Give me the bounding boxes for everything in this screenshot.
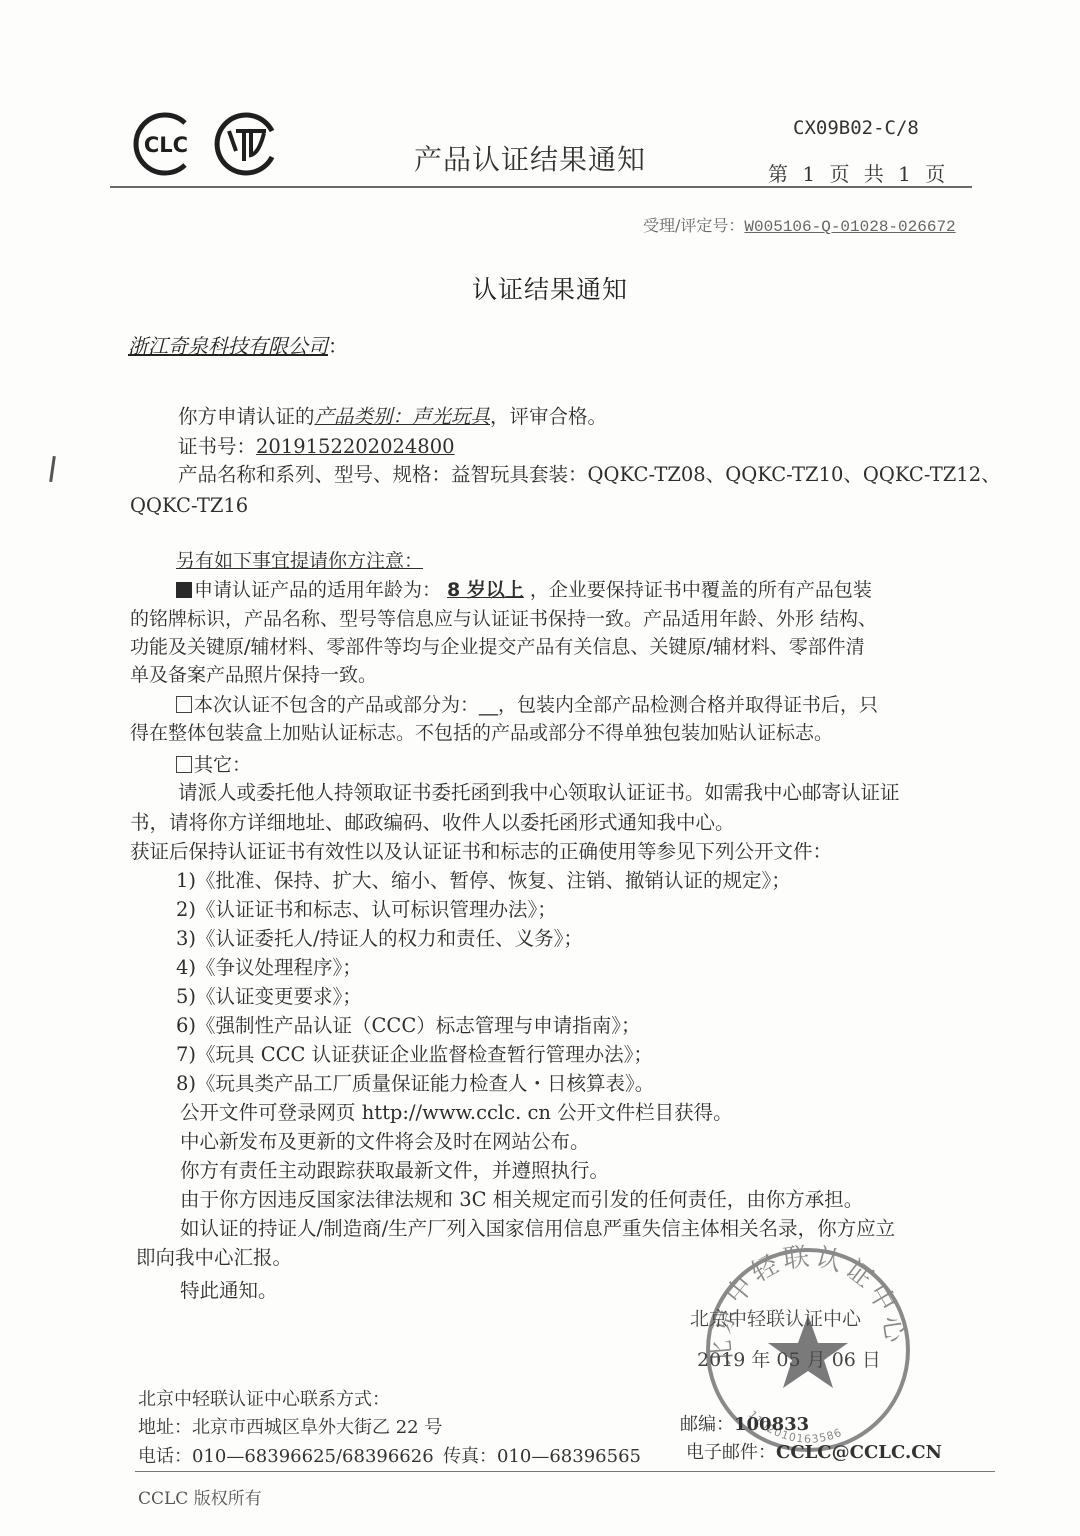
result-suffix: ，评审合格。 [490, 405, 607, 428]
product-line: 产品名称和系列、型号、规格：益智玩具套装：QQKC-TZ08、QQKC-TZ10… [178, 462, 1001, 488]
responsibility-line: 你方有责任主动跟踪获取最新文件，并遵照执行。 [180, 1158, 609, 1184]
phone-value: 010—68396625/68396626 [192, 1446, 434, 1467]
recipient: 浙江奇泉科技有限公司： [128, 330, 348, 359]
pickup-line: 请派人或委托他人持领取证书委托函到我中心领取认证证书。如需我中心邮寄认证证 [178, 780, 900, 806]
note-item-other: 其它： [176, 752, 251, 778]
document-item: 8)《玩具类产品工厂质量保证能力检查人・日核算表》。 [176, 1071, 654, 1097]
form-code: CX09B02-C/8 [793, 117, 919, 139]
note-line: 的铭牌标识，产品名称、型号等信息应与认证证书保持一致。产品适用年龄、外形 结构、 [130, 606, 877, 632]
cert-label: 证书号： [178, 435, 256, 458]
copyright: CCLC 版权所有 [138, 1484, 262, 1509]
clc-logo-icon: CLC [133, 111, 199, 177]
applicable-age: 8 岁以上 [441, 579, 530, 601]
document-item: 2)《认证证书和标志、认可标识管理办法》； [176, 897, 557, 923]
reference-label: 受理/评定号： [643, 216, 744, 235]
notice-title: 认证结果通知 [472, 270, 628, 306]
pickup-line: 书，请将你方详细地址、邮政编码、收件人以委托函形式通知我中心。 [130, 810, 735, 836]
document-item: 3)《认证委托人/持证人的权力和责任、义务》； [176, 926, 583, 952]
closing-line: 特此通知。 [180, 1278, 278, 1304]
liability-line: 由于你方因违反国家法律法规和 3C 相关规定而引发的任何责任，由你方承担。 [180, 1187, 863, 1213]
address-line: 地址：北京市西城区阜外大街乙 22 号 [138, 1413, 442, 1439]
email-value[interactable]: CCLC@CCLC.CN [776, 1442, 942, 1463]
reference-value: W005106-Q-01028-026672 [744, 218, 955, 236]
note-line: 得在整体包装盒上加贴认证标志。不包括的产品或部分不得单独包装加贴认证标志。 [130, 720, 833, 746]
result-prefix: 你方申请认证的 [178, 405, 315, 428]
documents-intro: 获证后保持认证证书有效性以及认证证书和标志的正确使用等参见下列公开文件： [130, 839, 832, 865]
product-label: 产品名称和系列、型号、规格： [178, 463, 451, 486]
fax-value: 010—68396565 [497, 1446, 641, 1467]
note-item-exclusion: 本次认证不包含的产品或部分为：__，包装内全部产品检测合格并取得证书后，只 [176, 692, 878, 718]
fax-line: 传真：010—68396565 [443, 1442, 641, 1468]
exclusion-text: 本次认证不包含的产品或部分为：__，包装内全部产品检测合格并取得证书后，只 [194, 694, 878, 716]
credit-line: 即向我中心汇报。 [136, 1245, 292, 1271]
footer-divider [135, 1471, 995, 1472]
certificate-number-line: 证书号：2019152202024800 [178, 434, 455, 460]
product-line-cont: QQKC-TZ16 [130, 493, 248, 519]
postcode-label: 邮编： [680, 1414, 734, 1435]
phone-label: 电话： [138, 1446, 192, 1467]
recipient-company: 浙江奇泉科技有限公司 [128, 334, 328, 358]
margin-mark [49, 456, 56, 482]
note-line: 单及备案产品照片保持一致。 [130, 662, 377, 688]
checkbox-unchecked-icon [176, 696, 192, 713]
product-category: 产品类别：声光玩具 [315, 405, 491, 428]
page-info: 第 1 页 共 1 页 [768, 158, 949, 187]
document-item: 7)《玩具 CCC 认证获证企业监督检查暂行管理办法》； [176, 1042, 653, 1068]
note-item-age: 申请认证产品的适用年龄为：8 岁以上，企业要保持证书中覆盖的所有产品包装 [176, 577, 872, 603]
document-item: 6)《强制性产品认证（CCC）标志管理与申请指南》； [176, 1013, 641, 1039]
reference-number: 受理/评定号：W005106-Q-01028-026672 [643, 213, 956, 236]
ctp-logo-icon [214, 111, 280, 177]
checkbox-unchecked-icon [176, 756, 192, 773]
document-item: 4)《争议处理程序》； [176, 955, 362, 981]
email-label: 电子邮件： [686, 1442, 776, 1463]
product-value: 益智玩具套装：QQKC-TZ08、QQKC-TZ10、QQKC-TZ12、 [451, 463, 1001, 486]
note-line: 功能及关键原/辅材料、零部件等均与企业提交产品有关信息、关键原/辅材料、零部件清 [130, 634, 865, 660]
age-rest: ，企业要保持证书中覆盖的所有产品包装 [530, 579, 872, 601]
notes-heading: 另有如下事宜提请你方注意： [176, 548, 423, 574]
phone-line: 电话：010—68396625/68396626 [138, 1442, 434, 1468]
credit-line: 如认证的持证人/制造商/生产厂列入国家信用信息严重失信主体相关名录，你方应立 [180, 1216, 895, 1242]
fax-label: 传真： [443, 1446, 497, 1467]
recipient-suffix: ： [328, 334, 348, 358]
header-divider [110, 186, 972, 188]
document-title: 产品认证结果通知 [414, 138, 646, 178]
document-item: 1)《批准、保持、扩大、缩小、暂停、恢复、注销、撤销认证的规定》； [176, 868, 791, 894]
postcode-line: 邮编：100833 [680, 1410, 809, 1436]
checkbox-checked-icon [176, 582, 192, 598]
postcode-value: 100833 [734, 1414, 809, 1435]
contacts-heading: 北京中轻联认证中心联系方式： [138, 1385, 390, 1411]
cert-number: 2019152202024800 [256, 435, 455, 458]
signing-date: 2019 年 05 月 06 日 [697, 1345, 881, 1372]
other-label: 其它： [194, 754, 251, 776]
signing-organization: 北京中轻联认证中心 [690, 1304, 861, 1331]
update-line: 中心新发布及更新的文件将会及时在网站公布。 [180, 1129, 590, 1155]
address-value: 北京市西城区阜外大街乙 22 号 [192, 1417, 442, 1438]
website-link-line: 公开文件可登录网页 http://www.cclc. cn 公开文件栏目获得。 [180, 1100, 733, 1126]
address-label: 地址： [138, 1417, 192, 1438]
svg-text:CLC: CLC [144, 133, 188, 157]
age-prefix: 申请认证产品的适用年龄为： [194, 579, 441, 601]
document-item: 5)《认证变更要求》； [176, 984, 362, 1010]
result-line: 你方申请认证的产品类别：声光玩具，评审合格。 [178, 404, 607, 430]
email-line: 电子邮件：CCLC@CCLC.CN [686, 1438, 942, 1464]
